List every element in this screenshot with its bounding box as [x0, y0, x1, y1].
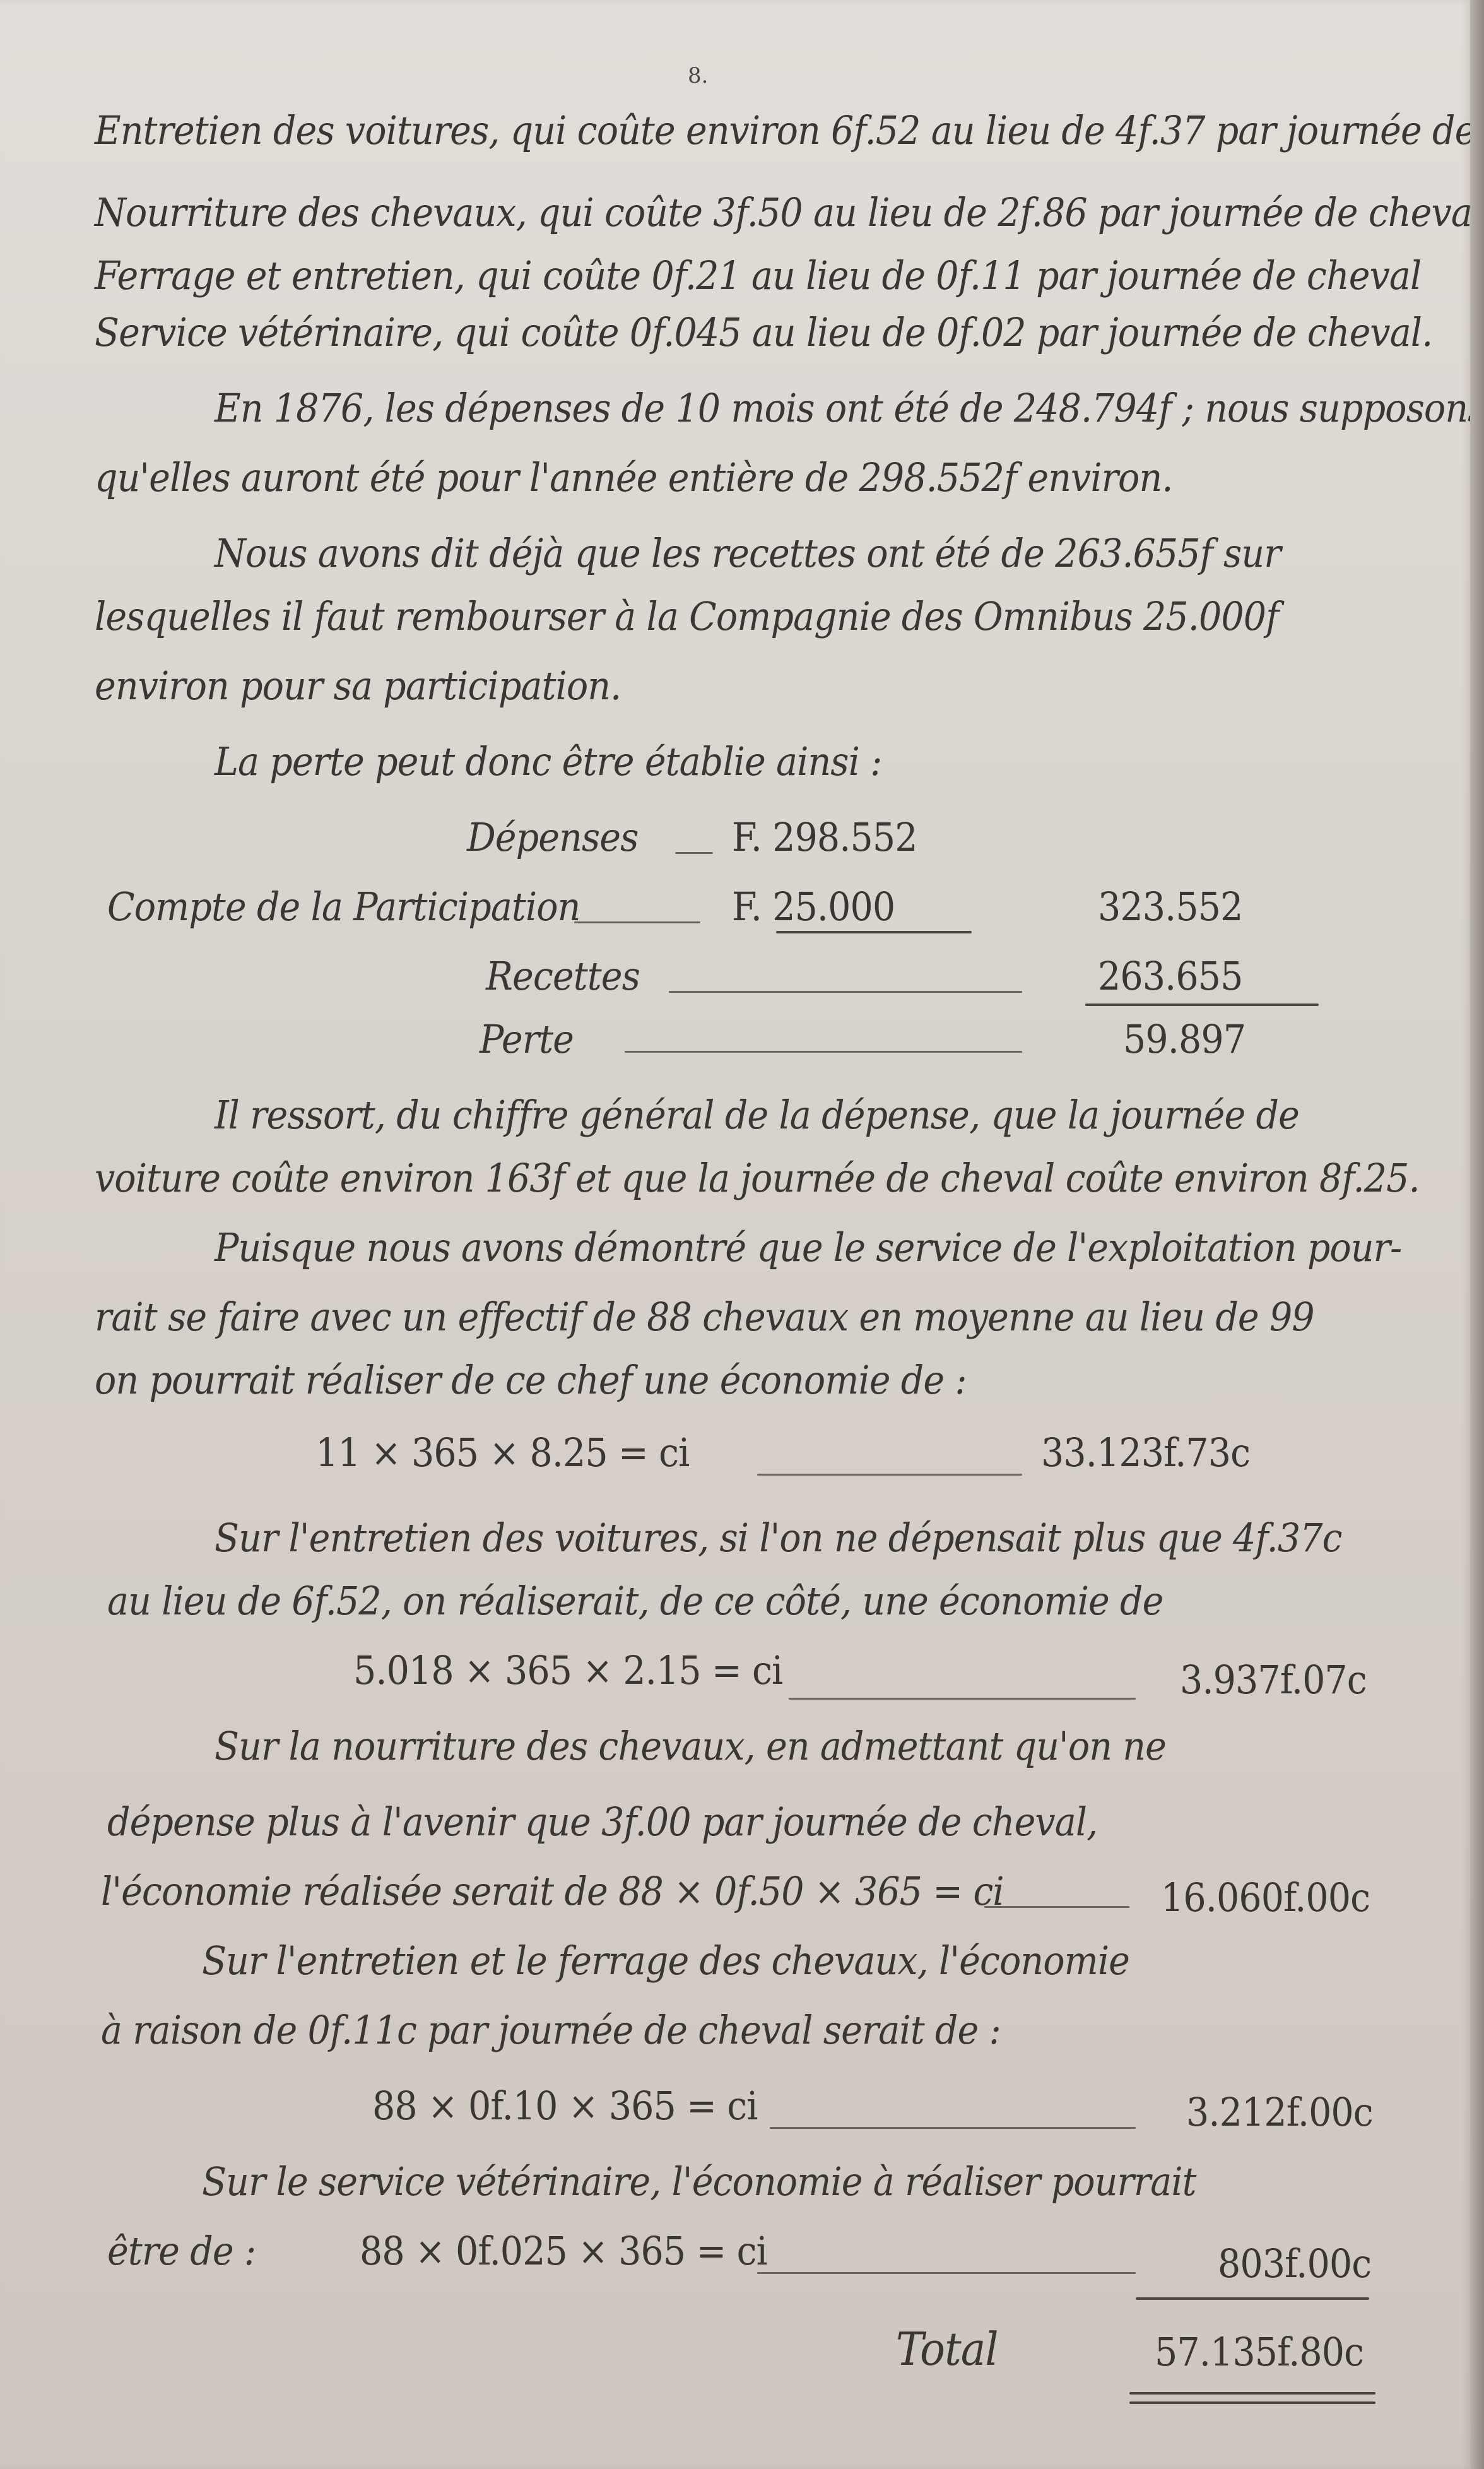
- text-line: Service vétérinaire, qui coûte 0f.045 au…: [95, 309, 1432, 355]
- text-line: rait se faire avec un effectif de 88 che…: [95, 1294, 1314, 1340]
- text-line: Ferrage et entretien, qui coûte 0f.21 au…: [95, 252, 1421, 299]
- leader-line: [789, 1698, 1136, 1700]
- text-line: être de :: [107, 2228, 256, 2274]
- text-line: Sur le service vétérinaire, l'économie à…: [202, 2158, 1196, 2205]
- total-label: Total: [896, 2323, 998, 2376]
- text-line: Sur la nourriture des chevaux, en admett…: [215, 1723, 1166, 1769]
- leader-line: [757, 1474, 1022, 1476]
- text-line: qu'elles auront été pour l'année entière…: [95, 454, 1172, 500]
- text-line: on pourrait réaliser de ce chef une écon…: [95, 1357, 967, 1403]
- total-value: 57.135f.80c: [1155, 2329, 1363, 2375]
- text-line: Nous avons dit déjà que les recettes ont…: [215, 530, 1281, 576]
- text-line: Nourriture des chevaux, qui coûte 3f.50 …: [95, 189, 1484, 235]
- calc-value: 16.060f.00c: [1161, 1874, 1370, 1921]
- calc-value: 803f.00c: [1218, 2241, 1371, 2287]
- text-line: Il ressort, du chiffre général de la dép…: [215, 1092, 1299, 1138]
- perte-label: Perte: [480, 1016, 574, 1062]
- text-line: En 1876, les dépenses de 10 mois ont été…: [215, 385, 1484, 431]
- calc-value: 3.937f.07c: [1180, 1657, 1367, 1703]
- manuscript-page: 8. Entretien des voitures, qui coûte env…: [0, 0, 1470, 2469]
- subtotal-value: 323.552: [1098, 884, 1242, 930]
- page-number: 8.: [688, 63, 708, 88]
- text-line: l'économie réalisée serait de 88 × 0f.50…: [101, 1868, 1004, 1914]
- calc-line: 5.018 × 365 × 2.15 = ci: [353, 1647, 782, 1693]
- leader-line: [675, 852, 713, 854]
- participation-label: Compte de la Participation: [107, 884, 580, 930]
- calc-line: 88 × 0f.10 × 365 = ci: [372, 2083, 758, 2129]
- double-underline-bottom: [1129, 2401, 1375, 2404]
- leader-line: [669, 991, 1022, 993]
- text-line: voiture coûte environ 163f et que la jou…: [95, 1155, 1420, 1201]
- text-line: Sur l'entretien et le ferrage des chevau…: [202, 1938, 1129, 1984]
- calc-line: 88 × 0f.025 × 365 = ci: [360, 2228, 767, 2274]
- calc-value: 3.212f.00c: [1186, 2089, 1373, 2135]
- leader-line: [984, 1906, 1129, 1908]
- calc-line: 11 × 365 × 8.25 = ci: [315, 1430, 689, 1476]
- total-rule: [1136, 2297, 1369, 2300]
- text-line: La perte peut donc être établie ainsi :: [215, 738, 881, 785]
- text-line: au lieu de 6f.52, on réaliserait, de ce …: [107, 1578, 1163, 1624]
- leader-line: [770, 2127, 1136, 2129]
- recettes-value: 263.655: [1098, 953, 1242, 999]
- text-line: dépense plus à l'avenir que 3f.00 par jo…: [107, 1799, 1097, 1845]
- depenses-label: Dépenses: [467, 814, 638, 860]
- text-line: Puisque nous avons démontré que le servi…: [215, 1224, 1401, 1270]
- page-edge: [1470, 0, 1484, 2469]
- recettes-label: Recettes: [486, 953, 640, 999]
- text-line: à raison de 0f.11c par journée de cheval…: [101, 2007, 1001, 2053]
- text-line: Entretien des voitures, qui coûte enviro…: [95, 107, 1484, 153]
- perte-value: 59.897: [1123, 1016, 1245, 1062]
- depenses-value: F. 298.552: [732, 814, 917, 860]
- leader-line: [625, 1051, 1022, 1053]
- text-line: environ pour sa participation.: [95, 663, 621, 709]
- underline: [776, 931, 972, 933]
- participation-value: F. 25.000: [732, 884, 895, 930]
- double-underline-top: [1129, 2392, 1375, 2395]
- calc-value: 33.123f.73c: [1041, 1430, 1250, 1476]
- text-line: lesquelles il faut rembourser à la Compa…: [95, 593, 1278, 639]
- text-line: Sur l'entretien des voitures, si l'on ne…: [215, 1515, 1342, 1561]
- leader-line: [574, 921, 700, 923]
- leader-line: [757, 2272, 1136, 2274]
- underline: [1085, 1004, 1319, 1006]
